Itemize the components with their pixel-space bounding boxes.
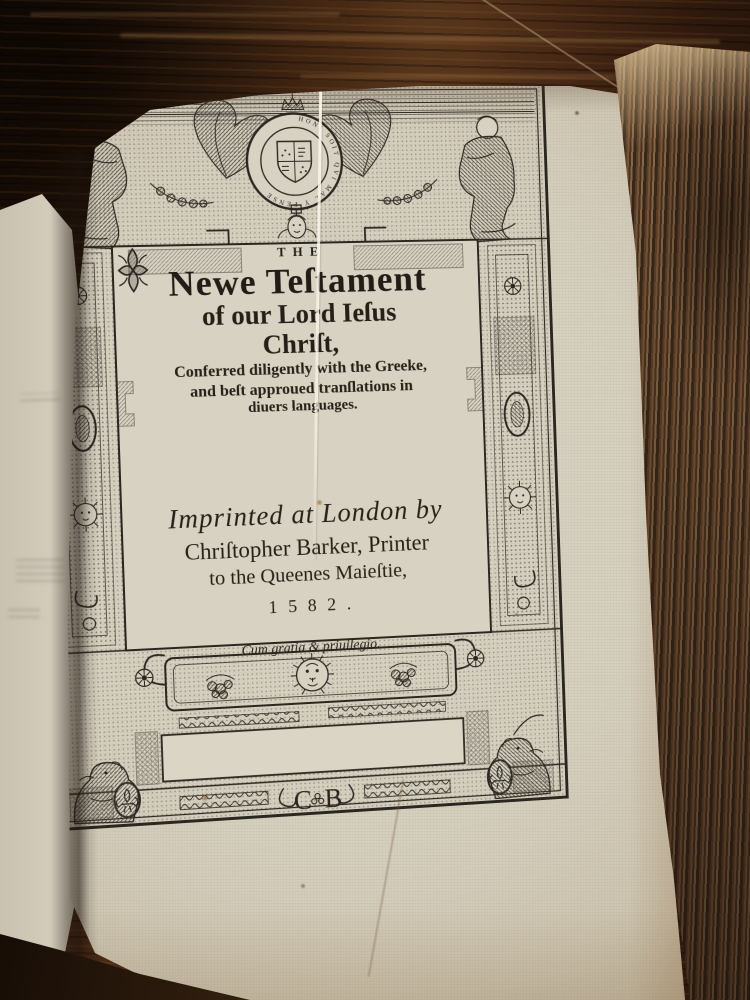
imprint-year: 1582.	[124, 587, 490, 625]
hatched-block-right	[467, 711, 490, 765]
hatched-block-left	[135, 732, 159, 786]
photo-of-book: HONI SOIT QVI MAL Y PENSE	[0, 0, 750, 1000]
monogram-letter-c: C	[293, 785, 312, 816]
foxing-spot	[514, 612, 519, 617]
foxing-spot	[300, 883, 306, 889]
rosette-right	[467, 650, 484, 668]
monogram-letter-b: B	[324, 783, 343, 814]
foxing-spot	[201, 794, 209, 802]
rosette-left	[135, 669, 153, 687]
printer-ornament-icon	[118, 419, 485, 480]
woodcut-title-border: HONI SOIT QVI MAL Y PENSE	[24, 76, 573, 836]
gutter-shadow	[50, 150, 98, 1000]
show-through-smudge	[8, 606, 40, 618]
wood-grain-streak	[30, 12, 340, 17]
letterpress-block: THE Newe Teſtament of our Lord Ieſus Chr…	[112, 241, 492, 666]
foxing-spot	[316, 499, 323, 506]
title-page-leaf: HONI SOIT QVI MAL Y PENSE	[40, 78, 700, 1000]
title-line-1: Newe Teſtament	[113, 259, 480, 304]
